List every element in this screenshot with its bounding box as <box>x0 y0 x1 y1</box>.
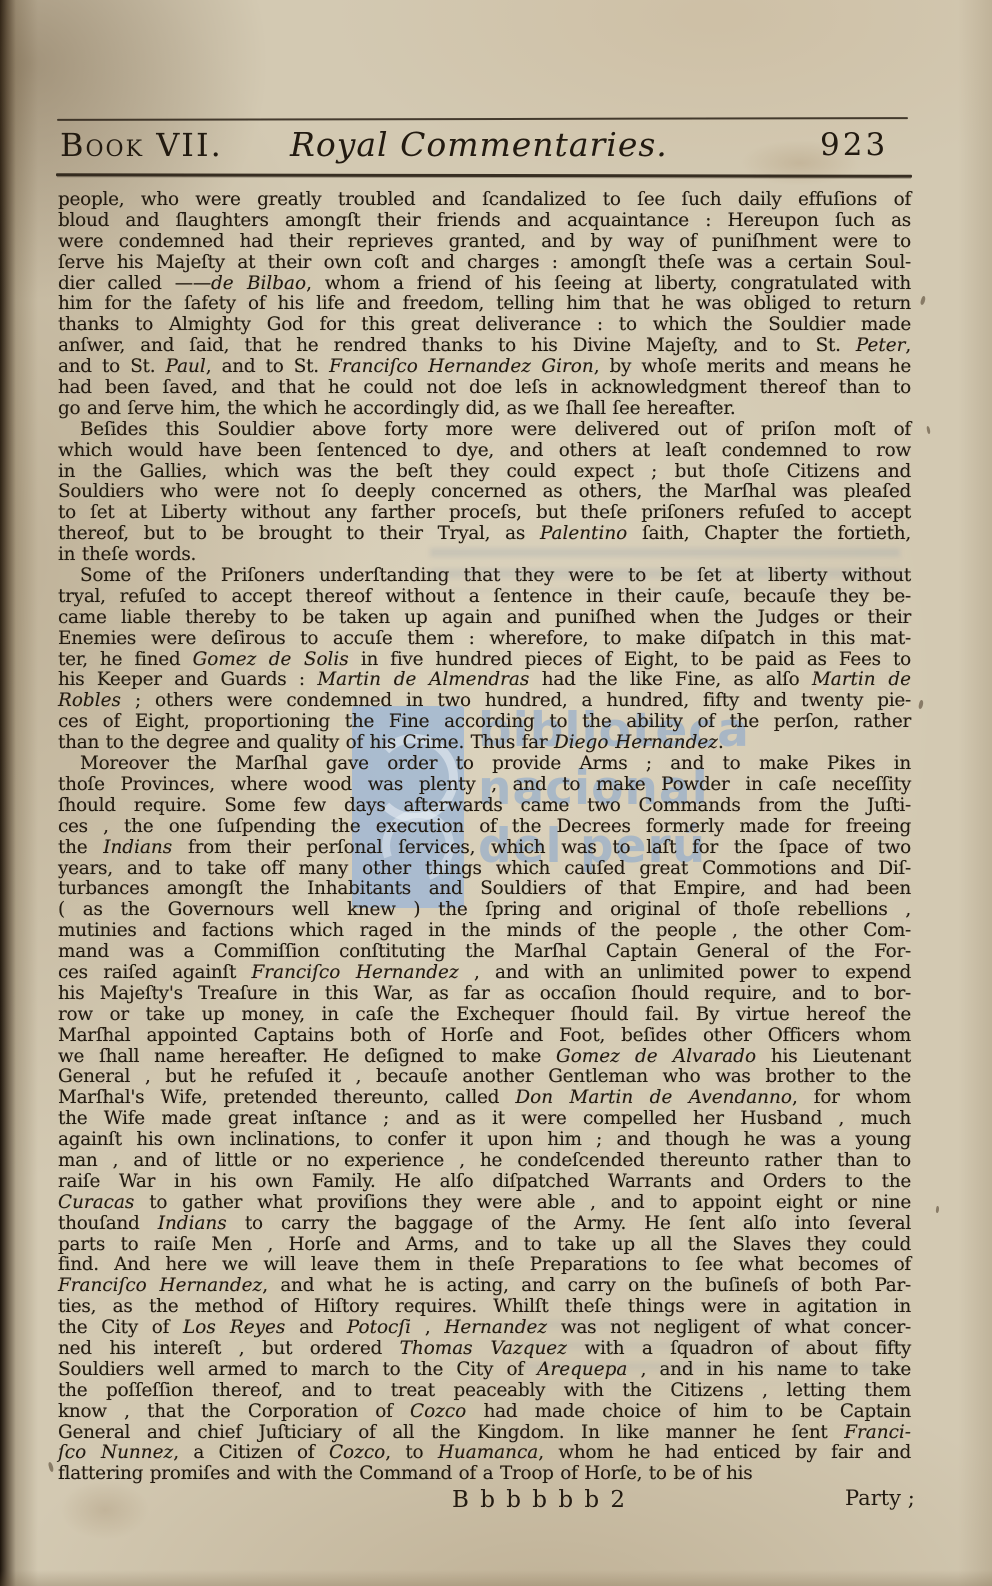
body-line: row or take up money, in caſe the Excheq… <box>58 1005 911 1026</box>
body-line: were condemned had their reprieves grant… <box>58 232 911 253</box>
body-line: anſwer, and ſaid, that he rendred thanks… <box>58 336 911 357</box>
body-line: parts to raiſe Men , Horſe and Arms, and… <box>58 1235 911 1256</box>
body-line: ( as the Governours well knew ) the ſpri… <box>58 900 911 921</box>
body-line: dier called ——de Bilbao, whom a friend o… <box>58 274 911 295</box>
body-text: people, who were greatly troubled and ſc… <box>58 190 911 1485</box>
body-line: to ſet at Liberty without any farther pr… <box>58 503 911 524</box>
body-line: Robles ; others were condemned in two hu… <box>58 691 911 712</box>
body-line: the Indians from their perſonal ſervices… <box>58 838 911 859</box>
body-line: ter, he fined Gomez de Solis in five hun… <box>58 650 911 671</box>
ink-speck <box>926 426 930 434</box>
body-line: years, and to take off many other things… <box>58 859 911 880</box>
body-line: Franciſco Hernandez, and what he is acti… <box>58 1276 911 1297</box>
page-number: 923 <box>820 127 888 163</box>
body-line: General , but he refuſed it , becauſe an… <box>58 1067 911 1088</box>
paper-stain <box>60 1480 150 1540</box>
scanned-book-page: biblioteca nacional del perú Book VII. R… <box>0 0 992 1586</box>
body-line: thereof, but to be brought to their Trya… <box>58 524 911 545</box>
body-line: Enemies were deſirous to accuſe them : w… <box>58 629 911 650</box>
body-line: Marſhal's Wife, pretended thereunto, cal… <box>58 1088 911 1109</box>
body-line: thoſe Provinces, where wood was plenty ,… <box>58 775 911 796</box>
header-rule-bottom <box>56 173 912 177</box>
body-line: Moreover the Marſhal gave order to provi… <box>58 754 911 775</box>
body-line: his Majeſty's Treaſure in this War, as f… <box>58 984 911 1005</box>
body-line: ſerve his Majeſty at their own coſt and … <box>58 253 911 274</box>
body-line: thanks to Almighty God for this great de… <box>58 315 911 336</box>
body-line: bloud and ſlaughters amongſt their frien… <box>58 211 911 232</box>
running-title: Royal Commentaries. <box>290 125 668 164</box>
body-line: ces raiſed againſt Franciſco Hernandez ,… <box>58 963 911 984</box>
ink-speck <box>920 296 927 306</box>
body-line: than to the degree and quality of his Cr… <box>58 733 911 754</box>
body-line: Beſides this Souldier above forty more w… <box>58 420 911 441</box>
body-line: ces of Eight, proportioning the Fine acc… <box>58 712 911 733</box>
body-line: Souldiers well armed to march to the Cit… <box>58 1360 911 1381</box>
body-line: man , and of little or no experience , h… <box>58 1151 911 1172</box>
body-line: him for the ſafety of his life and freed… <box>58 294 911 315</box>
body-line: Some of the Priſoners underſtanding that… <box>58 566 911 587</box>
body-line: and to St. Paul, and to St. Franciſco He… <box>58 357 911 378</box>
body-line: the City of Los Reyes and Potocſi , Hern… <box>58 1318 911 1339</box>
body-line: turbances amongſt the Inhabitants and So… <box>58 879 911 900</box>
body-line: his Keeper and Guards : Martin de Almend… <box>58 670 911 691</box>
body-line: the poſſeſſion thereof, and to treat pea… <box>58 1381 911 1402</box>
body-line: flattering promiſes and with the Command… <box>58 1464 911 1485</box>
body-line: go and ſerve him, the which he according… <box>58 399 911 420</box>
ink-speck <box>936 1206 940 1213</box>
body-line: know , that the Corporation of Cozco had… <box>58 1402 911 1423</box>
body-line: ſhould require. Some few days afterwards… <box>58 796 911 817</box>
catchword: Party ; <box>845 1486 915 1510</box>
header-rule-top <box>57 117 908 121</box>
body-line: the Wife made great inſtance ; and as it… <box>58 1109 911 1130</box>
body-line: mutinies and factions which raged in the… <box>58 921 911 942</box>
body-line: came liable thereby to be taken up again… <box>58 608 911 629</box>
body-line: mand was a Commiſſion conſtituting the M… <box>58 942 911 963</box>
body-line: ned his intereſt , but ordered Thomas Va… <box>58 1339 911 1360</box>
body-line: General and chief Juſticiary of all the … <box>58 1423 911 1444</box>
body-line: Curacas to gather what proviſions they w… <box>58 1193 911 1214</box>
body-line: tryal, refuſed to accept thereof without… <box>58 587 911 608</box>
body-line: had been ſaved, and that he could not do… <box>58 378 911 399</box>
body-line: againſt his own inclinations, to confer … <box>58 1130 911 1151</box>
body-line: Marſhal appointed Captains both of Horſe… <box>58 1026 911 1047</box>
body-line: in theſe words. <box>58 545 911 566</box>
body-line: ces , the one ſuſpending the execution o… <box>58 817 911 838</box>
body-line: Souldiers who were not ſo deeply concern… <box>58 482 911 503</box>
body-line: find. And here we will leave them in the… <box>58 1255 911 1276</box>
body-line: thouſand Indians to carry the baggage of… <box>58 1214 911 1235</box>
ink-speck <box>48 1462 54 1473</box>
body-line: people, who were greatly troubled and ſc… <box>58 190 911 211</box>
body-line: raiſe War in his own Family. He alſo diſ… <box>58 1172 911 1193</box>
body-line: which would have been ſentenced to dye, … <box>58 441 911 462</box>
book-label: Book VII. <box>60 126 223 164</box>
signature-mark: B b b b b b 2 <box>452 1487 627 1513</box>
ink-speck <box>918 700 924 710</box>
body-line: we ſhall name hereafter. He deſigned to … <box>58 1047 911 1068</box>
body-line: ties, as the method of Hiſtory requires.… <box>58 1297 911 1318</box>
body-line: ſco Nunnez, a Citizen of Cozco, to Huama… <box>58 1443 911 1464</box>
body-line: in the Gallies, which was the beſt they … <box>58 462 911 483</box>
